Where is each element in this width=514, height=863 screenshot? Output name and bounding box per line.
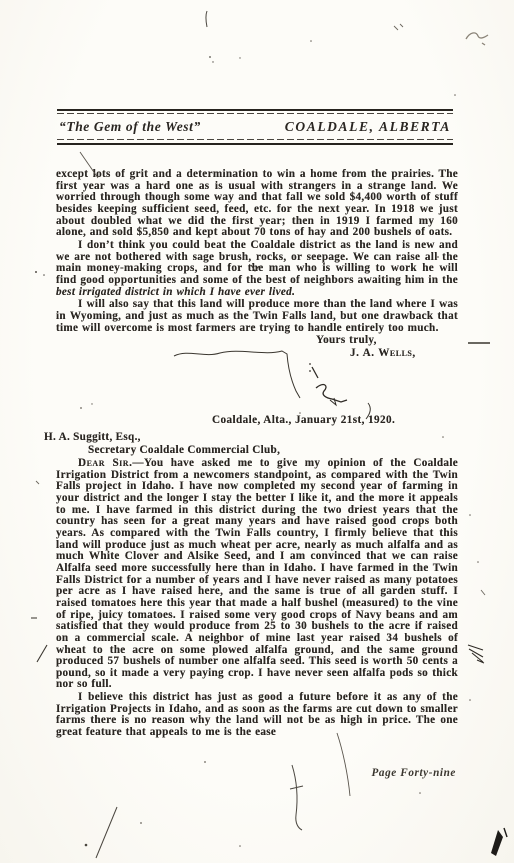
- ink-speck: [469, 699, 471, 701]
- masthead-rule-top-thick: [57, 109, 453, 111]
- ink-speck: [140, 822, 142, 824]
- pencil-mark-top-right: [466, 33, 488, 45]
- pen-mark-cross-tick: [290, 786, 303, 789]
- paragraph-text: —You have asked me to give my opinion of…: [56, 457, 458, 690]
- body-paragraph: except lots of grit and a determination …: [56, 169, 458, 239]
- masthead-row: “The Gem of the West” COALDALE, ALBERTA: [57, 114, 453, 139]
- pen-mark-top-tick: [206, 11, 207, 27]
- ink-speck: [209, 56, 211, 58]
- pen-mark-bottom-diagonal: [96, 807, 117, 858]
- first-letter-text: except lots of grit and a determination …: [56, 169, 458, 360]
- ink-speck: [481, 590, 485, 595]
- letter-dateline: Coaldale, Alta., January 21st, 1920.: [212, 414, 395, 426]
- letter-paragraph: Dear Sir.—You have asked me to give my o…: [56, 458, 458, 691]
- body-paragraph: I will also say that this land will prod…: [56, 299, 458, 334]
- masthead-title-right: COALDALE, ALBERTA: [285, 119, 451, 135]
- letter-addressee: H. A. Suggitt, Esq., Secretary Coaldale …: [44, 431, 280, 456]
- ink-speck: [239, 845, 241, 847]
- ink-speck: [394, 24, 403, 30]
- pen-mark-bottom-right: [491, 830, 503, 856]
- scanned-book-page: “The Gem of the West” COALDALE, ALBERTA …: [0, 0, 514, 863]
- addressee-name-line: H. A. Suggitt, Esq.,: [44, 431, 280, 444]
- ink-speck: [80, 407, 82, 409]
- signature-line: J. A. Wells,: [56, 348, 458, 360]
- ink-speck: [477, 561, 479, 563]
- masthead-title-left: “The Gem of the West”: [59, 119, 201, 135]
- addressee-title-line: Secretary Coaldale Commercial Club,: [88, 444, 280, 457]
- pen-mark-signature-flourish: [312, 367, 347, 402]
- ink-speck: [35, 271, 37, 273]
- ink-speck: [239, 57, 240, 58]
- letter-paragraph: I believe this district has just as good…: [56, 692, 458, 739]
- page-number-footer: Page Forty-nine: [56, 767, 456, 779]
- ink-speck: [85, 844, 88, 847]
- ink-speck: [454, 94, 456, 96]
- ink-speck: [309, 363, 311, 365]
- letter-salutation: Dear Sir.: [78, 457, 132, 469]
- ink-speck: [212, 61, 213, 62]
- italic-phrase: best irrigated district in which I have …: [56, 286, 295, 298]
- pen-mark-margin-slash: [37, 645, 47, 662]
- ink-speck: [36, 481, 39, 484]
- paragraph-text: I don’t think you could beat the Coaldal…: [56, 239, 458, 286]
- masthead-rule-bottom-thin: [57, 139, 453, 140]
- masthead: “The Gem of the West” COALDALE, ALBERTA: [57, 109, 453, 145]
- ink-speck: [442, 436, 444, 438]
- ink-speck: [310, 40, 312, 42]
- pen-mark-right-feather: [468, 645, 484, 663]
- pen-mark-long-curve: [337, 733, 350, 796]
- second-letter-text: Dear Sir.—You have asked me to give my o…: [56, 458, 458, 739]
- ink-speck: [91, 403, 92, 404]
- ink-speck: [309, 370, 311, 372]
- valediction-line: Yours truly,: [56, 335, 458, 347]
- ink-speck: [419, 792, 421, 794]
- pen-mark-bottom-right: [504, 828, 507, 837]
- ink-speck: [43, 274, 45, 276]
- ink-speck: [204, 761, 206, 763]
- pen-mark-signature-flourish: [330, 398, 336, 405]
- masthead-rule-bottom-thick: [57, 143, 453, 145]
- ink-speck: [469, 514, 471, 516]
- body-paragraph: I don’t think you could beat the Coaldal…: [56, 240, 458, 298]
